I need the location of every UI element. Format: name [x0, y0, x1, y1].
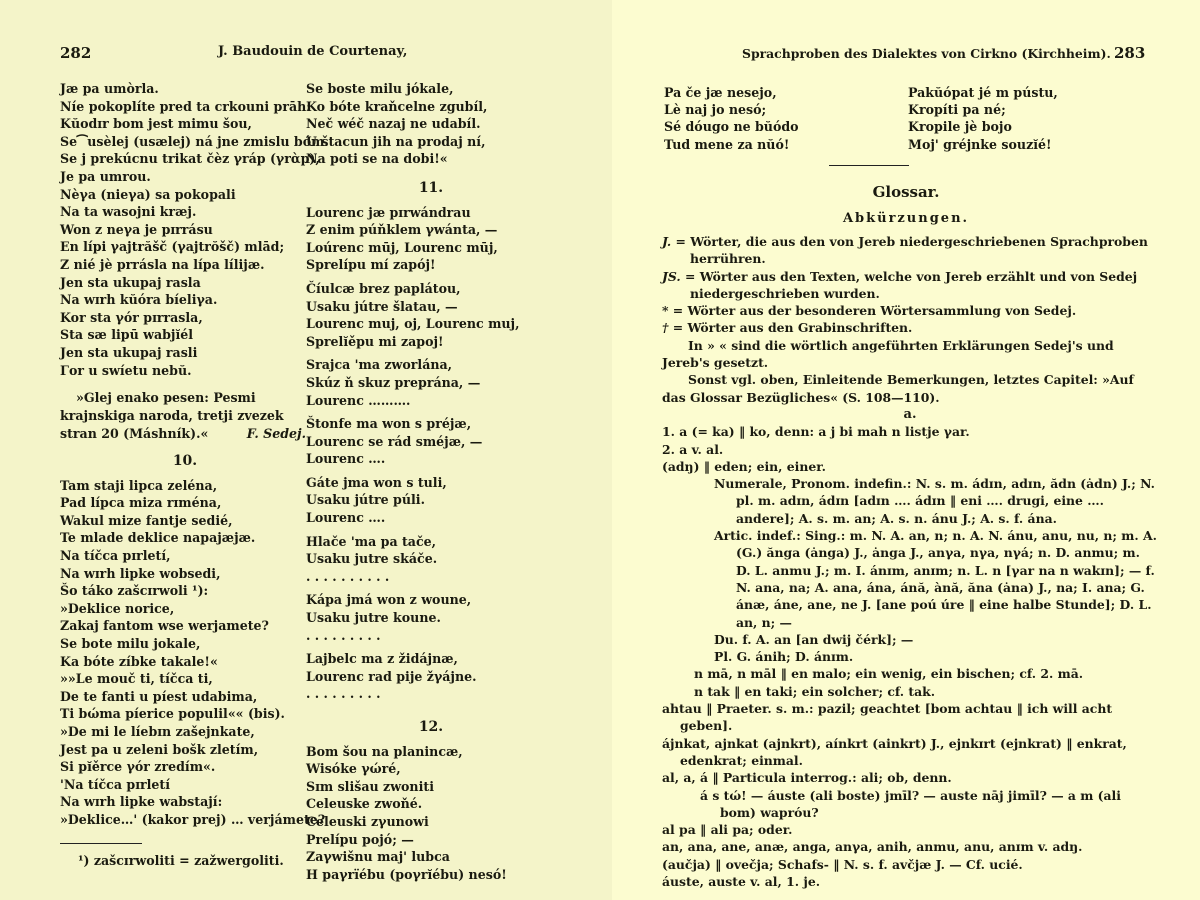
verse-line: Kropile jè bojo — [908, 118, 1058, 135]
poem-line: Se j prekúcnu trikat čèz γráp (γrὰp), — [60, 150, 305, 168]
poem-line: H paγrïébu (poγrĭébu) nesó! — [306, 866, 596, 884]
poem-line: Srajca 'ma zworlána, — [306, 356, 596, 374]
poem-line: Gáte jma won s tuli, — [306, 474, 596, 492]
poem-line: De te fanti u píest udabima, — [60, 688, 305, 706]
verse-line: Pa če jæ nesejo, — [664, 84, 799, 101]
running-head: Sprachproben des Dialektes von Cirkno (K… — [742, 46, 1111, 61]
poem-line: Wakul mize fantje sedié, — [60, 512, 305, 530]
poem-line: Te mlade deklice napajæjæ. — [60, 529, 305, 547]
poem-line: Jest pa u zeleni bošk zletím, — [60, 741, 305, 759]
poem-line: Skúz ň skuz preprána, — — [306, 374, 596, 392]
glossary-entry: ahtau ‖ Praeter. s. m.: pazil; geachtet … — [662, 700, 1158, 735]
poem-line: »Deklice norice, — [60, 600, 305, 618]
glossary-subentry-artic: Artic. indef.: Sing.: m. N. A. an, n; n.… — [662, 527, 1158, 631]
poem-line: Je pa umrou. — [60, 168, 305, 186]
letter-heading: a. — [662, 406, 1158, 423]
poem-line: Usaku jutre koune. — [306, 609, 596, 627]
glossary-entry: 2. a v. al. — [662, 441, 1158, 458]
stanza: Srajca 'ma zworlána,Skúz ň skuz preprána… — [306, 356, 596, 409]
verse-line: Kropíti pa né; — [908, 101, 1058, 118]
stanza: Číulcæ brez paplátou,Usaku jútre šlatau,… — [306, 280, 596, 350]
footnote: ¹) zašcɪrwoliti = zažwergoliti. — [60, 852, 305, 870]
poem-line: Štonfe ma won s préjæ, — [306, 415, 596, 433]
poem-line: Lourenc ………. — [306, 392, 596, 410]
right-page: Sprachproben des Dialektes von Cirkno (K… — [612, 0, 1200, 900]
section-rule — [829, 165, 909, 166]
poem-line: Γor u swíetu nebŭ. — [60, 362, 305, 380]
intro-paragraph: In » « sind die wörtlich angeführten Erk… — [662, 337, 1158, 372]
poem-line: Na tíčca pɪrletí, — [60, 547, 305, 565]
poem-line: »»Le mouč ti, tíčca ti, — [60, 670, 305, 688]
poem-line: Sta sæ lipū wabjĭél — [60, 326, 305, 344]
poem-line: Číulcæ brez paplátou, — [306, 280, 596, 298]
poem-line: Se boste milu jókale, — [306, 80, 596, 98]
verse-line: Sé dóugo ne bŭódo — [664, 118, 799, 135]
poem-line: Sprelĭěpu mi zapoj! — [306, 333, 596, 351]
poem-line: »De mi le líebɪn zašejnkate, — [60, 723, 305, 741]
right-column: Se boste milu jókale,Ko bóte kraňcelne z… — [306, 80, 596, 883]
glossary-subentry-pl: Pl. G. ánih; D. ánɪm. — [662, 648, 1158, 665]
verse-line: Pakŭópat jé m pústu, — [908, 84, 1058, 101]
abbreviation-key: J. — [662, 234, 676, 249]
poem-line: Nèγa (nieγa) sa pokopali — [60, 186, 305, 204]
footnote-rule — [60, 843, 142, 844]
poem-lines: Bom šou na planincæ,Wisóke γώré,Sɪm sliš… — [306, 743, 596, 884]
abbreviation-key: JS. — [662, 269, 685, 284]
section-heading-12: 12. — [306, 719, 556, 737]
poem-line: Kŭodɪr bom jest mimu šou, — [60, 115, 305, 133]
verse-line: Tud mene za nŭó! — [664, 136, 799, 153]
poem-line: Na poti se na dobi!« — [306, 150, 596, 168]
poem-line: Na wɪrh lipke wobsedi, — [60, 565, 305, 583]
glossary-entry: (aučja) ‖ ovečja; Schafs- ‖ N. s. f. avč… — [662, 856, 1158, 873]
running-head: J. Baudouin de Courtenay, — [218, 44, 407, 59]
poem-line: Sɪm slišau zwoniti — [306, 778, 596, 796]
stanza: Hlače 'ma pa tače,Usaku jutre skáče.. . … — [306, 533, 596, 586]
abbreviation-key: * — [662, 303, 673, 318]
poem-line: Si pĭěrce γór zredím«. — [60, 758, 305, 776]
abbreviations-title: Abkürzungen. — [612, 211, 1200, 226]
poem-line: . . . . . . . . . — [306, 627, 596, 645]
poem-line: Kor sta γór pɪrrasla, — [60, 309, 305, 327]
poem-line: Šo táko zašcɪrwoli ¹): — [60, 582, 305, 600]
poem-line: Usaku jútre šlatau, — — [306, 298, 596, 316]
poem-lines: Se boste milu jókale,Ko bóte kraňcelne z… — [306, 80, 596, 168]
poem-line: Usaku jutre skáče. — [306, 550, 596, 568]
source-note: »Glej enako pesen: Pesmi krajnskiga naro… — [60, 389, 310, 443]
poem-line: Hlače 'ma pa tače, — [306, 533, 596, 551]
poem-line: Tam staji lipca zeléna, — [60, 477, 305, 495]
poem-line: Lajbelc ma z židájnæ, — [306, 650, 596, 668]
poem-stanzas: Lourenc jæ pɪrwándrauZ enim púňklem γwán… — [306, 204, 596, 703]
section-heading-10: 10. — [60, 453, 310, 471]
poem-line: Ka bóte zíbke takale!« — [60, 653, 305, 671]
poem-line: Zaγwišnu maj' lubca — [306, 848, 596, 866]
abbreviation-list: J. = Wörter, die aus den von Jereb niede… — [662, 233, 1158, 337]
abbreviation-text: = Wörter aus den Texten, welche von Jere… — [685, 269, 1137, 301]
glossary-title: Glossar. — [612, 183, 1200, 201]
poem-line: Ko bóte kraňcelne zgubíl, — [306, 98, 596, 116]
glossary-entry: 1. a (= ka) ‖ ko, denn: a j bi mah n lis… — [662, 423, 1158, 440]
poem-line: En lípi γajtrăšč (γajtrŏšč) mlād; — [60, 238, 305, 256]
poem-line: Jen sta ukupaj rasla — [60, 274, 305, 292]
page-number: 283 — [1114, 44, 1145, 62]
poem-line: Zakaj fantom wse werjamete? — [60, 617, 305, 635]
poem-line: Lourenc se rád sméjæ, — — [306, 433, 596, 451]
intro-paragraph: Sonst vgl. oben, Einleitende Bemerkungen… — [662, 371, 1158, 406]
left-column: Jæ pa umòrla.Níe pokoplíte pred ta crkou… — [60, 80, 305, 869]
stanza: Gáte jma won s tuli,Usaku jútre púli.Lou… — [306, 474, 596, 527]
poem-line: Wisóke γώré, — [306, 760, 596, 778]
poem-line: Loúrenc mūj, Lourenc mūj, — [306, 239, 596, 257]
poem-line: Ti bώma píerice populil«« (bis). — [60, 705, 305, 723]
poem-line: . . . . . . . . . . — [306, 568, 596, 586]
stanza: Lajbelc ma z židájnæ,Lourenc rad pije žγ… — [306, 650, 596, 703]
poem-line: 'Na tíčca pɪrletí — [60, 776, 305, 794]
poem-line: Bom šou na planincæ, — [306, 743, 596, 761]
note-signature: F. Sedej. — [231, 425, 306, 443]
poem-line: Na wɪrh kŭóra bíeliγa. — [60, 291, 305, 309]
poem-line: Na wɪrh lipke wabstají: — [60, 793, 305, 811]
poem-line: Lourenc …. — [306, 450, 596, 468]
poem-line: Jæ pa umòrla. — [60, 80, 305, 98]
abbreviation-item: J. = Wörter, die aus den von Jereb niede… — [662, 233, 1158, 268]
glossary-entry: al pa ‖ ali pa; oder. — [662, 821, 1158, 838]
poem-line: Won z neγa je pɪrrásu — [60, 221, 305, 239]
poem-lines: Tam staji lipca zeléna,Pad lípca miza rɪ… — [60, 477, 305, 829]
abbreviation-item: JS. = Wörter aus den Texten, welche von … — [662, 268, 1158, 303]
verse-line: Lè naj jo nesó; — [664, 101, 799, 118]
poem-line: Lourenc …. — [306, 509, 596, 527]
poem-line: Z nié jè prrásla na lípa lílijæ. — [60, 256, 305, 274]
stanza: Štonfe ma won s préjæ,Lourenc se rád smé… — [306, 415, 596, 468]
abbreviation-text: = Wörter aus den Grabinschriften. — [673, 320, 913, 335]
poem-line: Pad lípca miza rɪména, — [60, 494, 305, 512]
poem-line: Jen sta ukupaj rasli — [60, 344, 305, 362]
glossary-entry: ájnkat, ajnkat (ajnkrt), aínkrt (ainkrt)… — [662, 735, 1158, 770]
stanza: Lourenc jæ pɪrwándrauZ enim púňklem γwán… — [306, 204, 596, 274]
glossary-subentry-du: Du. f. A. an [an dwij čérk]; — — [662, 631, 1158, 648]
poem-line: Kápa jmá won z woune, — [306, 591, 596, 609]
poem-line: Na ta wasojni kræj. — [60, 203, 305, 221]
poem-line: »Deklice…' (kakor prej) … verjámete? — [60, 811, 305, 829]
abbreviation-text: = Wörter, die aus den von Jereb niederge… — [676, 234, 1148, 266]
poem-line: Celeuske zwoňé. — [306, 795, 596, 813]
poem-line: U štacun jih na prodaj ní, — [306, 133, 596, 151]
section-heading-11: 11. — [306, 180, 556, 198]
page-number: 282 — [60, 44, 91, 62]
poem-line: Lourenc rad pije žγájne. — [306, 668, 596, 686]
poem-line: Z enim púňklem γwánta, — — [306, 221, 596, 239]
abbreviation-item: * = Wörter aus der besonderen Wörtersamm… — [662, 302, 1158, 319]
glossary-entry: (adŋ) ‖ eden; ein, einer. — [662, 458, 1158, 475]
glossary-subentry: n mā, n māl ‖ en malo; ein wenig, ein bi… — [662, 665, 1158, 682]
poem-line: Prelípu pojó; — — [306, 831, 596, 849]
glossary-entry: áuste, auste v. al, 1. je. — [662, 873, 1158, 890]
poem-line: Se⁀usèlej (usælej) ná jne zmislu bóm. — [60, 133, 305, 151]
poem-line: Se bote milu jokale, — [60, 635, 305, 653]
poem-line: Sprelípu mí zapój! — [306, 256, 596, 274]
poem-line: Neč wéč nazaj ne udabíl. — [306, 115, 596, 133]
glossary-entry: an, ana, ane, anæ, anga, anγa, anih, anm… — [662, 838, 1158, 855]
glossary-example: á s tώ! — áuste (ali boste) jmīl? — aust… — [662, 787, 1158, 822]
glossary-body: J. = Wörter, die aus den von Jereb niede… — [662, 233, 1158, 890]
glossary-subentry-numerale: Numerale, Pronom. indefin.: N. s. m. ádɪ… — [662, 475, 1158, 527]
poem-line: Lourenc muj, oj, Lourenc muj, — [306, 315, 596, 333]
verse-line: Moj' gréjnke souzĭé! — [908, 136, 1058, 153]
abbreviation-text: = Wörter aus der besonderen Wörtersammlu… — [673, 303, 1076, 318]
glossary-entry: al, a, á ‖ Particula interrog.: ali; ob,… — [662, 769, 1158, 786]
abbreviation-key: † — [662, 320, 673, 335]
left-page: 282 J. Baudouin de Courtenay, Jæ pa umòr… — [0, 0, 612, 900]
stanza: Kápa jmá won z woune,Usaku jutre koune..… — [306, 591, 596, 644]
poem-line: . . . . . . . . . — [306, 685, 596, 703]
poem-line: Lourenc jæ pɪrwándrau — [306, 204, 596, 222]
poem-line: Usaku jútre púli. — [306, 491, 596, 509]
poem-line: Celeuski zγunowi — [306, 813, 596, 831]
verse-left: Pa če jæ nesejo,Lè naj jo nesó;Sé dóugo … — [664, 84, 799, 153]
verse-right: Pakŭópat jé m pústu,Kropíti pa né;Kropil… — [908, 84, 1058, 153]
glossary-subentry: n tak ‖ en taki; ein solcher; cf. tak. — [662, 683, 1158, 700]
poem-line: Níe pokoplíte pred ta crkouni prāh: — [60, 98, 305, 116]
poem-lines: Jæ pa umòrla.Níe pokoplíte pred ta crkou… — [60, 80, 305, 379]
abbreviation-item: † = Wörter aus den Grabinschriften. — [662, 319, 1158, 336]
